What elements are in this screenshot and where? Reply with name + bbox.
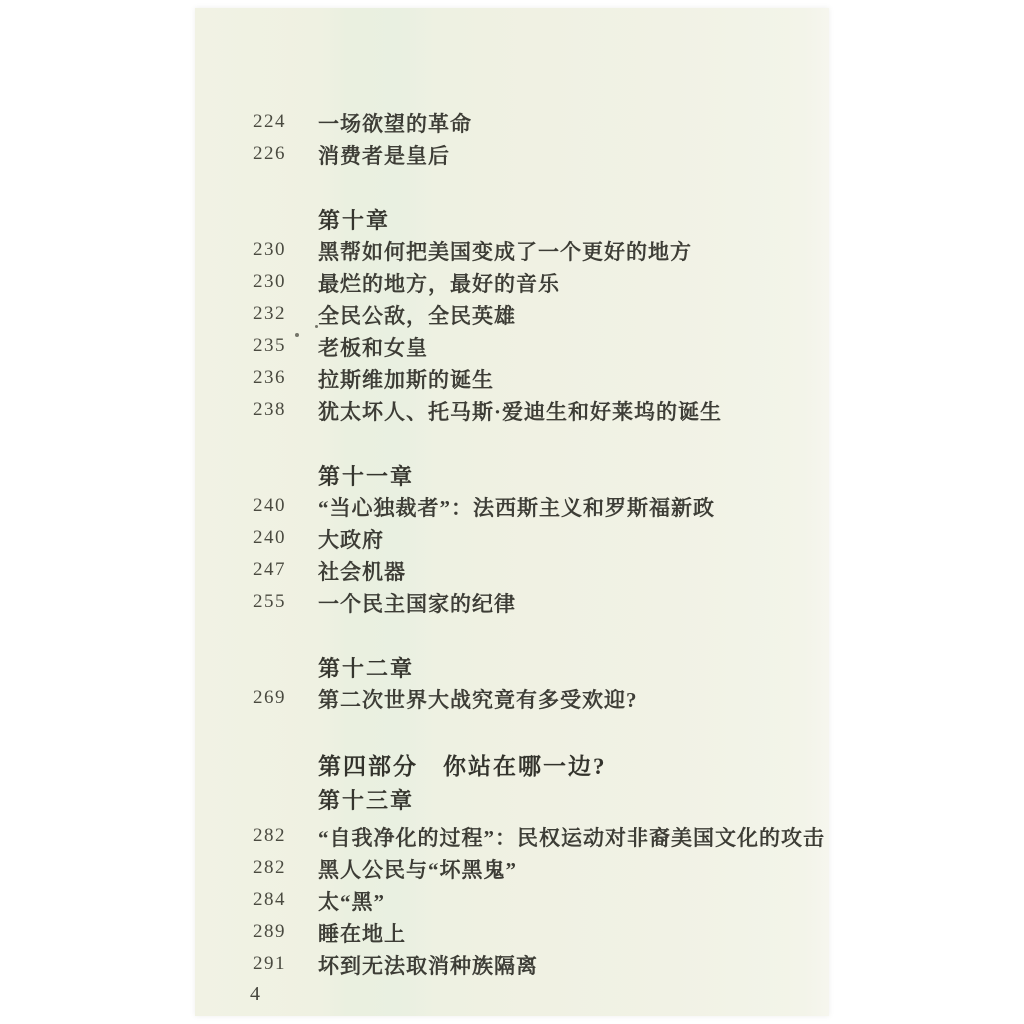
entry-title: 黑人公民与“坏黑鬼” (318, 854, 517, 884)
toc-spacer (195, 616, 829, 648)
toc-entry-row: 232全民公敌，全民英雄 (195, 296, 829, 328)
toc-entry-row: 240“当心独裁者”：法西斯主义和罗斯福新政 (195, 488, 829, 520)
toc-entry-row: 269第二次世界大战究竟有多受欢迎? (195, 680, 829, 712)
entry-title: 全民公敌，全民英雄 (318, 300, 516, 330)
page-ref-number: 269 (253, 687, 286, 709)
page-ref-number: 224 (253, 111, 286, 133)
page-ref-number: 236 (253, 367, 286, 389)
entry-title: 大政府 (318, 524, 384, 554)
book-page: 224一场欲望的革命226消费者是皇后第十章230黑帮如何把美国变成了一个更好的… (195, 8, 829, 1016)
page-ref-number: 240 (253, 495, 286, 517)
chapter-heading-row: 第十三章 (195, 780, 829, 812)
chapter-heading-row: 第十章 (195, 200, 829, 232)
page-ref-number: 289 (253, 921, 286, 943)
chapter-heading-row: 第十二章 (195, 648, 829, 680)
ink-speck (295, 333, 299, 337)
toc-entry-row: 282“自我净化的过程”：民权运动对非裔美国文化的攻击 (195, 818, 829, 850)
page-ref-number: 282 (253, 857, 286, 879)
entry-title: “自我净化的过程”：民权运动对非裔美国文化的攻击 (318, 822, 825, 852)
toc-entry-row: 236拉斯维加斯的诞生 (195, 360, 829, 392)
part-heading-row: 第四部分 你站在哪一边? (195, 744, 829, 780)
chapter-heading-row: 第十一章 (195, 456, 829, 488)
page-number: 4 (250, 983, 260, 1006)
page-ref-number: 235 (253, 335, 286, 357)
toc-entry-row: 255一个民主国家的纪律 (195, 584, 829, 616)
heading-title: 第十章 (318, 204, 390, 235)
toc-entry-row: 224一场欲望的革命 (195, 104, 829, 136)
page-ref-number: 238 (253, 399, 286, 421)
toc-entry-row: 226消费者是皇后 (195, 136, 829, 168)
toc-list: 224一场欲望的革命226消费者是皇后第十章230黑帮如何把美国变成了一个更好的… (195, 104, 829, 978)
toc-entry-row: 247社会机器 (195, 552, 829, 584)
heading-title: 第四部分 你站在哪一边? (318, 748, 607, 781)
page-ref-number: 291 (253, 953, 286, 975)
page-ref-number: 255 (253, 591, 286, 613)
entry-title: 拉斯维加斯的诞生 (318, 364, 494, 394)
entry-title: 犹太坏人、托马斯·爱迪生和好莱坞的诞生 (318, 396, 722, 426)
page-ref-number: 240 (253, 527, 286, 549)
page-ref-number: 282 (253, 825, 286, 847)
entry-title: 第二次世界大战究竟有多受欢迎? (318, 684, 638, 714)
toc-spacer (195, 424, 829, 456)
toc-entry-row: 289睡在地上 (195, 914, 829, 946)
toc-entry-row: 230最烂的地方，最好的音乐 (195, 264, 829, 296)
toc-entry-row: 235老板和女皇 (195, 328, 829, 360)
entry-title: 黑帮如何把美国变成了一个更好的地方 (318, 236, 692, 266)
page-ref-number: 284 (253, 889, 286, 911)
page-ref-number: 247 (253, 559, 286, 581)
toc-entry-row: 291坏到无法取消种族隔离 (195, 946, 829, 978)
screenshot-root: 224一场欲望的革命226消费者是皇后第十章230黑帮如何把美国变成了一个更好的… (0, 0, 1024, 1024)
page-ref-number: 232 (253, 303, 286, 325)
heading-title: 第十一章 (318, 460, 414, 491)
entry-title: 睡在地上 (318, 918, 406, 948)
toc-spacer (195, 168, 829, 200)
toc-entry-row: 230黑帮如何把美国变成了一个更好的地方 (195, 232, 829, 264)
entry-title: “当心独裁者”：法西斯主义和罗斯福新政 (318, 492, 715, 522)
ink-speck (315, 325, 318, 328)
page-ref-number: 230 (253, 271, 286, 293)
page-ref-number: 230 (253, 239, 286, 261)
entry-title: 太“黑” (318, 886, 385, 916)
entry-title: 老板和女皇 (318, 332, 428, 362)
entry-title: 消费者是皇后 (318, 140, 450, 170)
heading-title: 第十三章 (318, 784, 414, 815)
toc-entry-row: 238犹太坏人、托马斯·爱迪生和好莱坞的诞生 (195, 392, 829, 424)
entry-title: 最烂的地方，最好的音乐 (318, 268, 560, 298)
page-ref-number: 226 (253, 143, 286, 165)
toc-spacer (195, 712, 829, 744)
entry-title: 社会机器 (318, 556, 406, 586)
entry-title: 一个民主国家的纪律 (318, 588, 516, 618)
heading-title: 第十二章 (318, 652, 414, 683)
entry-title: 一场欲望的革命 (318, 108, 472, 138)
toc-entry-row: 240大政府 (195, 520, 829, 552)
entry-title: 坏到无法取消种族隔离 (318, 950, 538, 980)
toc-entry-row: 284太“黑” (195, 882, 829, 914)
toc-entry-row: 282黑人公民与“坏黑鬼” (195, 850, 829, 882)
